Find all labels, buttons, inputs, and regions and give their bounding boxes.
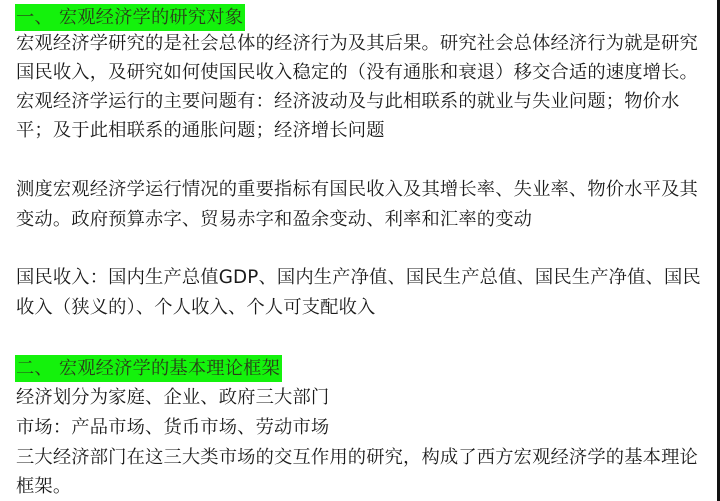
paragraph-line: 市场：产品市场、货币市场、劳动市场 [16,415,329,441]
paragraph-line: 国民收入，及研究如何使国民收入稳定的（没有通胀和衰退）移交合适的速度增长。 [16,60,698,86]
document-page: 一、 宏观经济学的研究对象 宏观经济学研究的是社会总体的经济行为及其后果。研究社… [0,0,717,501]
paragraph-line: 平；及于此相联系的通胀问题；经济增长问题 [16,118,385,144]
paragraph-line: 宏观经济学运行的主要问题有：经济波动及与此相联系的就业与失业问题；物价水 [16,89,680,115]
paragraph-line: 经济划分为家庭、企业、政府三大部门 [16,385,329,411]
paragraph-line: 框架。 [16,474,71,500]
paragraph-line: 国民收入：国内生产总值GDP、国内生产净值、国民生产总值、国民生产净值、国民 [16,265,701,291]
section-heading-1: 一、 宏观经济学的研究对象 [15,4,245,31]
paragraph-line: 测度宏观经济学运行情况的重要指标有国民收入及其增长率、失业率、物价水平及其 [16,177,698,203]
section-heading-2: 二、 宏观经济学的基本理论框架 [15,355,282,382]
paragraph-line: 收入（狭义的）、个人收入、个人可支配收入 [16,295,375,321]
paragraph-line: 宏观经济学研究的是社会总体的经济行为及其后果。研究社会总体经济行为就是研究 [16,31,698,57]
paragraph-line: 变动。政府预算赤字、贸易赤字和盈余变动、利率和汇率的变动 [16,207,532,233]
paragraph-line: 三大经济部门在这三大类市场的交互作用的研究，构成了西方宏观经济学的基本理论 [16,445,698,471]
